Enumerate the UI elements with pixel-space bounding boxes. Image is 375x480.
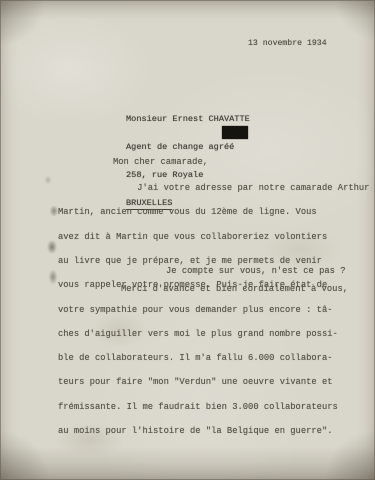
body-line: au moins pour l'histoire de "la Belgique… — [58, 427, 369, 435]
body-line: avez dit à Martin que vous collaboreriez… — [58, 233, 369, 241]
body-line: Martin, ancien comme vous du 12ème de li… — [58, 208, 369, 216]
letter-date: 13 novembre 1934 — [248, 39, 327, 48]
closing-question: Je compte sur vous, n'est ce pas ? — [166, 266, 346, 276]
closing-salutation: Merci d'avance et bien cordialement à vo… — [121, 284, 348, 294]
recipient-title: Agent de change agréé — [126, 143, 250, 152]
salutation: Mon cher camarade, — [113, 157, 208, 167]
recipient-name: Monsieur Ernest CHAVATTE — [126, 115, 250, 124]
body-line: J'ai votre adresse par notre camarade Ar… — [58, 184, 369, 192]
body-line: au livre que je prépare, et je me permet… — [58, 257, 369, 265]
letter-scan-page: 13 novembre 1934 Monsieur Ernest CHAVATT… — [0, 0, 375, 480]
redaction-box — [222, 126, 248, 139]
body-line: votre sympathie pour vous demander plus … — [58, 306, 369, 314]
letter-body: J'ai votre adresse par notre camarade Ar… — [58, 168, 369, 451]
body-line: ble de collaborateurs. Il m'a fallu 6.00… — [58, 354, 369, 362]
body-line: frémissante. Il me faudrait bien 3.000 c… — [58, 403, 369, 411]
body-line: ches d'aiguiller vers moi le plus grand … — [58, 330, 369, 338]
body-line: teurs pour faire "mon "Verdun" une oeuvr… — [58, 378, 369, 386]
